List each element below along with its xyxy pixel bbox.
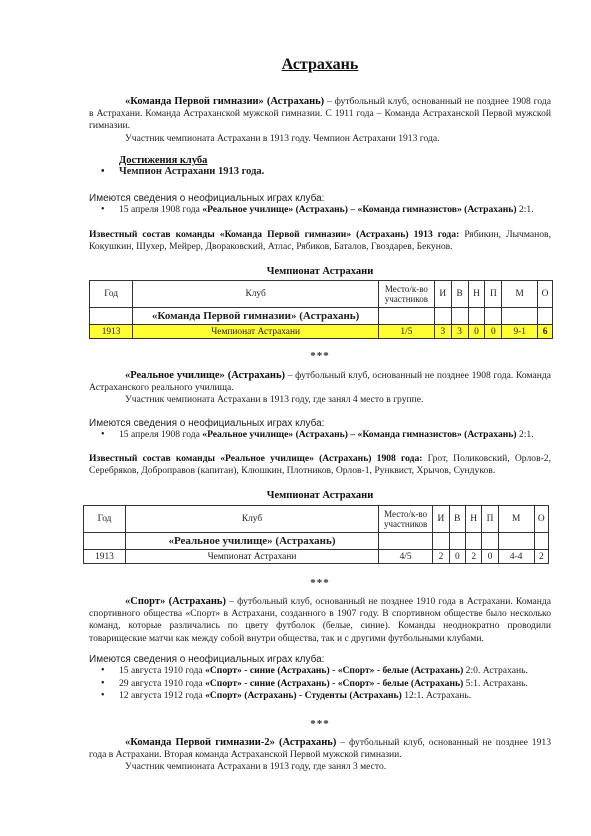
championship-table-1: Год Клуб Место/к-во участников И В Н П М… xyxy=(89,280,553,339)
table-2-title: Чемпионат Астрахани xyxy=(89,490,551,501)
table-club-row: «Команда Первой гимназии» (Астрахань) xyxy=(90,308,553,325)
club-2-participation: Участник чемпионата Астрахани в 1913 год… xyxy=(89,394,551,406)
achievements-heading: Достижения клуба xyxy=(89,155,551,166)
club-3-intro: «Спорт» (Астрахань) – футбольный клуб, о… xyxy=(89,596,551,645)
club-4-name: «Команда Первой гимназии-2» (Астрахань) xyxy=(125,737,336,748)
unofficial-game: 15 апреля 1908 года «Реальное училище» (… xyxy=(89,429,551,442)
club-1-participation: Участник чемпионата Астрахани в 1913 год… xyxy=(89,133,551,145)
club-3-unofficial: Имеются сведения о неофициальных играх к… xyxy=(89,654,551,703)
separator: *** xyxy=(89,577,551,589)
table-header-row: Год Клуб Место/к-во участников И В Н П М… xyxy=(84,506,549,533)
separator: *** xyxy=(89,718,551,730)
table-header-row: Год Клуб Место/к-во участников И В Н П М… xyxy=(90,281,553,308)
club-2-intro: «Реальное училище» (Астрахань) – футболь… xyxy=(89,370,551,407)
table-row: 1913 Чемпионат Астрахани 4/5 2 0 2 0 4-4… xyxy=(84,550,549,564)
unofficial-game: 15 апреля 1908 года «Реальное училище» (… xyxy=(89,204,551,217)
club-4-intro: «Команда Первой гимназии-2» (Астрахань) … xyxy=(89,737,551,774)
club-2-roster: Известный состав команды «Реальное учили… xyxy=(89,453,551,477)
table-row: 1913 Чемпионат Астрахани 1/5 3 3 0 0 9-1… xyxy=(90,325,553,339)
unofficial-label: Имеются сведения о неофициальных играх к… xyxy=(89,193,551,204)
achievement-item: Чемпион Астрахани 1913 года. xyxy=(89,166,551,179)
club-3-name: «Спорт» (Астрахань) xyxy=(125,596,226,607)
roster-label: Известный состав команды «Команда Первой… xyxy=(89,229,459,240)
club-2-unofficial: Имеются сведения о неофициальных играх к… xyxy=(89,418,551,442)
club-1-achievements: Достижения клуба Чемпион Астрахани 1913 … xyxy=(89,155,551,179)
page-title: Астрахань xyxy=(89,56,551,74)
separator: *** xyxy=(89,350,551,362)
club-1-name: «Команда Первой гимназии» (Астрахань) xyxy=(125,96,324,107)
unofficial-game: 12 августа 1912 года «Спорт» (Астрахань)… xyxy=(89,690,551,703)
club-4-participation: Участник чемпионата Астрахани в 1913 год… xyxy=(89,761,551,773)
club-1-roster: Известный состав команды «Команда Первой… xyxy=(89,229,551,253)
club-1-unofficial: Имеются сведения о неофициальных играх к… xyxy=(89,193,551,217)
club-1-intro: «Команда Первой гимназии» (Астрахань) – … xyxy=(89,96,551,145)
championship-table-2: Год Клуб Место/к-во участников И В Н П М… xyxy=(83,505,549,564)
table-club-row: «Реальное училище» (Астрахань) xyxy=(84,533,549,550)
unofficial-game: 15 августа 1910 года «Спорт» - синие (Ас… xyxy=(89,665,551,678)
unofficial-game: 29 августа 1910 года «Спорт» - синие (Ас… xyxy=(89,678,551,691)
table-1-title: Чемпионат Астрахани xyxy=(89,266,551,277)
club-2-name: «Реальное училище» (Астрахань) xyxy=(125,370,285,381)
